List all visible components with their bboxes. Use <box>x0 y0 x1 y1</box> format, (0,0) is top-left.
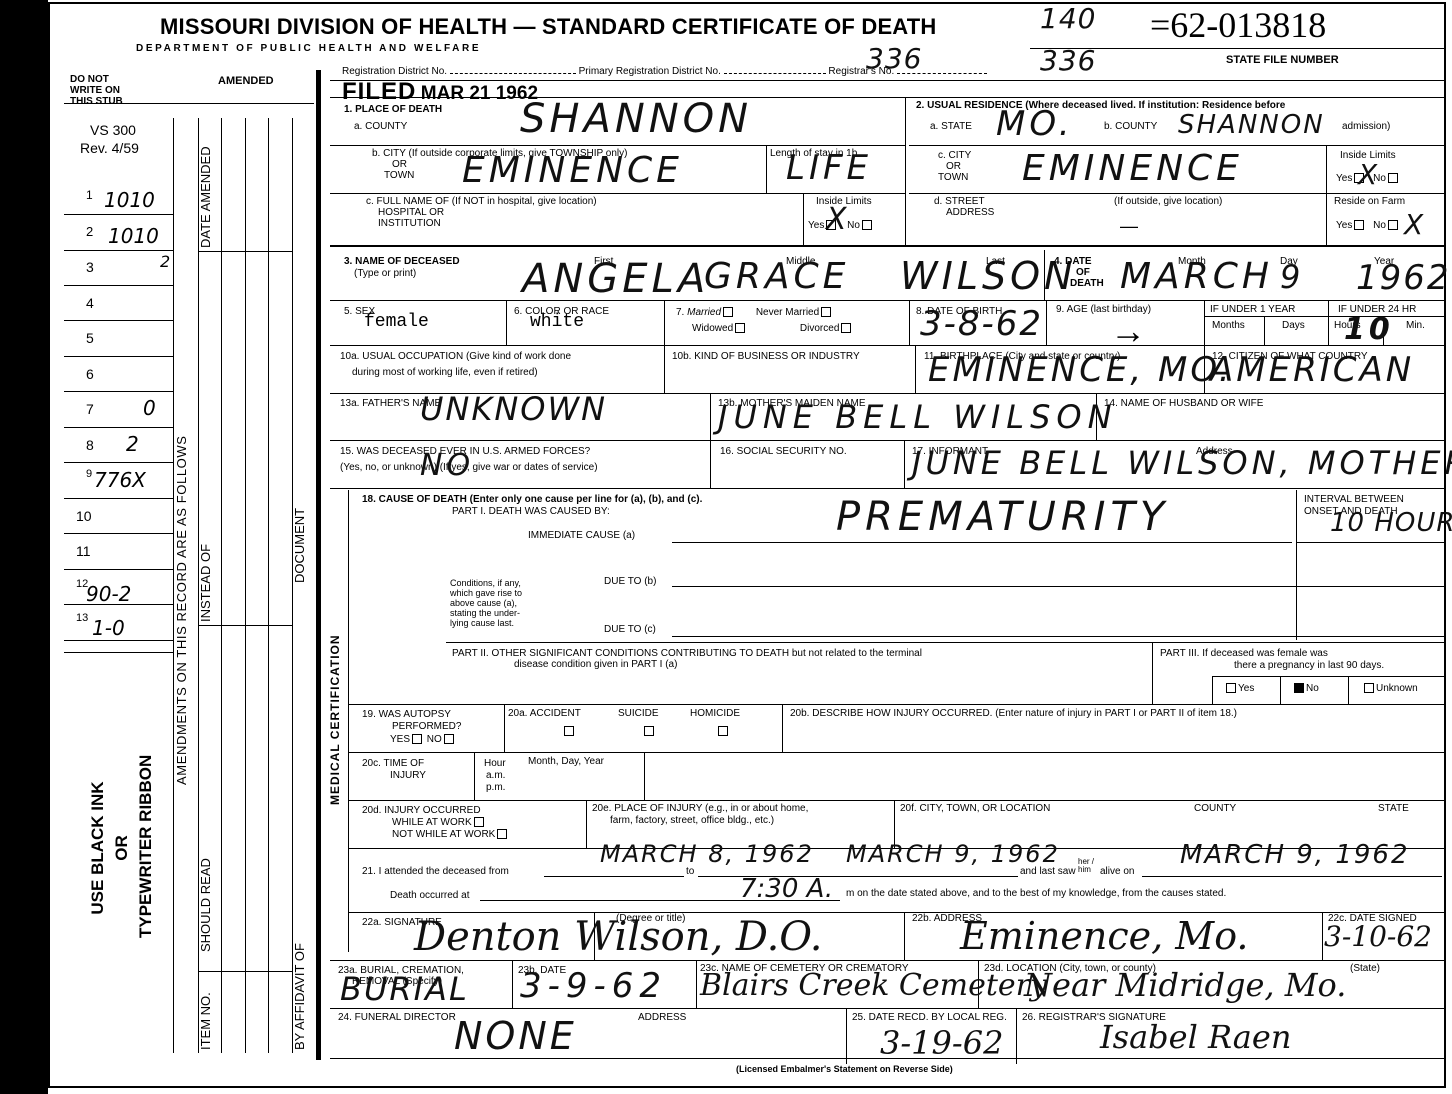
burial-location-value: Near Midridge, Mo. <box>1024 966 1346 1004</box>
armed-forces-value: NO <box>420 448 474 483</box>
medical-certification-label: MEDICAL CERTIFICATION <box>330 634 341 805</box>
residence-county-value: SHANNON <box>1178 110 1325 140</box>
last-saw-alive-value: MARCH 9, 1962 <box>1180 840 1410 870</box>
date-of-birth-value: 3-8-62 <box>920 304 1043 344</box>
not-while-at-work-checkbox[interactable]: NOT WHILE AT WORK <box>392 829 509 840</box>
registrars-no-value: 336 <box>1040 44 1096 77</box>
accident-checkbox[interactable] <box>562 722 576 740</box>
birthplace-value: EMINENCE, MO. <box>928 350 1233 390</box>
death-inside-limits-mark: X <box>826 202 851 237</box>
stub-should-read: SHOULD READ <box>200 858 211 952</box>
stub-date-amended: DATE AMENDED <box>200 146 211 248</box>
burial-value: BURIAL <box>340 970 469 1008</box>
reside-on-farm-checkbox[interactable]: Yes No <box>1336 220 1400 231</box>
stub-amended: AMENDED <box>218 76 274 87</box>
residence-state-value: MO. <box>996 104 1074 144</box>
stub-instead-of: INSTEAD OF <box>200 544 211 622</box>
death-county-value: SHANNON <box>520 96 752 142</box>
place-of-death-label: 1. PLACE OF DEATH <box>344 104 442 115</box>
registrar-signature: Isabel Raen <box>1100 1018 1291 1056</box>
registration-district-label: Registration District No. <box>342 66 447 77</box>
stub-document: DOCUMENT <box>294 508 305 583</box>
state-file-label: STATE FILE NUMBER <box>1226 54 1339 66</box>
primary-district-label: Primary Registration District No. <box>579 66 721 77</box>
autopsy-checkbox[interactable]: YES NO <box>390 734 456 745</box>
death-day: 9 <box>1280 258 1304 296</box>
pregnancy-yes-checkbox[interactable]: Yes <box>1224 683 1254 694</box>
while-at-work-checkbox[interactable]: WHILE AT WORK <box>392 817 486 828</box>
department-subtitle: DEPARTMENT OF PUBLIC HEALTH AND WELFARE <box>136 43 481 54</box>
county-label: a. COUNTY <box>354 121 407 132</box>
deceased-middle-name: GRACE <box>704 256 849 297</box>
handwritten-number: 140 <box>1040 2 1096 35</box>
date-received-value: 3-19-62 <box>880 1024 1003 1062</box>
stub-item-no: ITEM NO. <box>200 992 211 1050</box>
race-value: white <box>530 312 584 332</box>
marital-status[interactable]: 7. Married Never Married <box>676 307 833 318</box>
form-revision: Rev. 4/59 <box>80 140 139 156</box>
embalmer-footer: (Licensed Embalmer's Statement on Revers… <box>736 1064 953 1075</box>
deceased-last-name: WILSON <box>900 254 1076 298</box>
form-number: VS 300 <box>90 122 136 138</box>
stub-by-affidavit: BY AFFIDAVIT OF <box>294 943 305 1050</box>
residence-street-value: — <box>1120 216 1138 237</box>
scan-edge <box>0 0 48 1094</box>
hours-value: 10 <box>1344 312 1394 347</box>
age-arrow: → <box>1110 310 1146 352</box>
homicide-checkbox[interactable] <box>716 722 730 740</box>
state-file-number: =62-013818 <box>1150 4 1326 46</box>
certificate-title: MISSOURI DIVISION OF HEALTH — STANDARD C… <box>160 14 937 40</box>
attended-to-value: MARCH 9, 1962 <box>846 840 1060 868</box>
filed-stamp: FILED MAR 21 1962 <box>342 78 538 106</box>
pregnancy-no-checkbox[interactable]: No <box>1292 683 1319 694</box>
death-time-value: 7:30 A. <box>740 874 833 904</box>
immediate-cause-value: PREMATURITY <box>836 494 1169 540</box>
deceased-first-name: ANGELA <box>522 256 709 302</box>
primary-district-value: 336 <box>866 42 922 75</box>
citizen-value: AMERICAN <box>1210 350 1414 390</box>
physician-signature: Denton Wilson, D.O. <box>414 914 822 960</box>
death-city-value: EMINENCE <box>462 150 683 191</box>
interval-value: 10 HOURS <box>1330 508 1452 538</box>
stub-amendments-label: AMENDMENTS ON THIS RECORD ARE AS FOLLOWS <box>176 435 187 785</box>
burial-date-value: 3-9-62 <box>520 966 667 1006</box>
length-of-stay-value: LIFE <box>786 148 872 188</box>
residence-city-value: EMINENCE <box>1022 148 1243 189</box>
father-value: UNKNOWN <box>420 390 607 428</box>
physician-address: Eminence, Mo. <box>960 914 1249 958</box>
pregnancy-unknown-checkbox[interactable]: Unknown <box>1362 683 1418 694</box>
informant-value: JUNE BELL WILSON, MOTHER <box>912 444 1452 482</box>
funeral-director-value: NONE <box>454 1014 577 1058</box>
death-year: 1962 <box>1356 258 1451 298</box>
mother-value: JUNE BELL WILSON <box>718 398 1118 436</box>
conditions-note: Conditions, if any, which gave rise to a… <box>450 578 522 628</box>
suicide-checkbox[interactable] <box>642 722 656 740</box>
date-signed-value: 3-10-62 <box>1324 920 1432 953</box>
sex-value: female <box>364 312 429 332</box>
death-month: MARCH <box>1120 256 1273 297</box>
ink-notice: USE BLACK INK OR TYPEWRITER RIBBON <box>86 758 158 938</box>
attended-from-value: MARCH 8, 1962 <box>600 840 814 868</box>
